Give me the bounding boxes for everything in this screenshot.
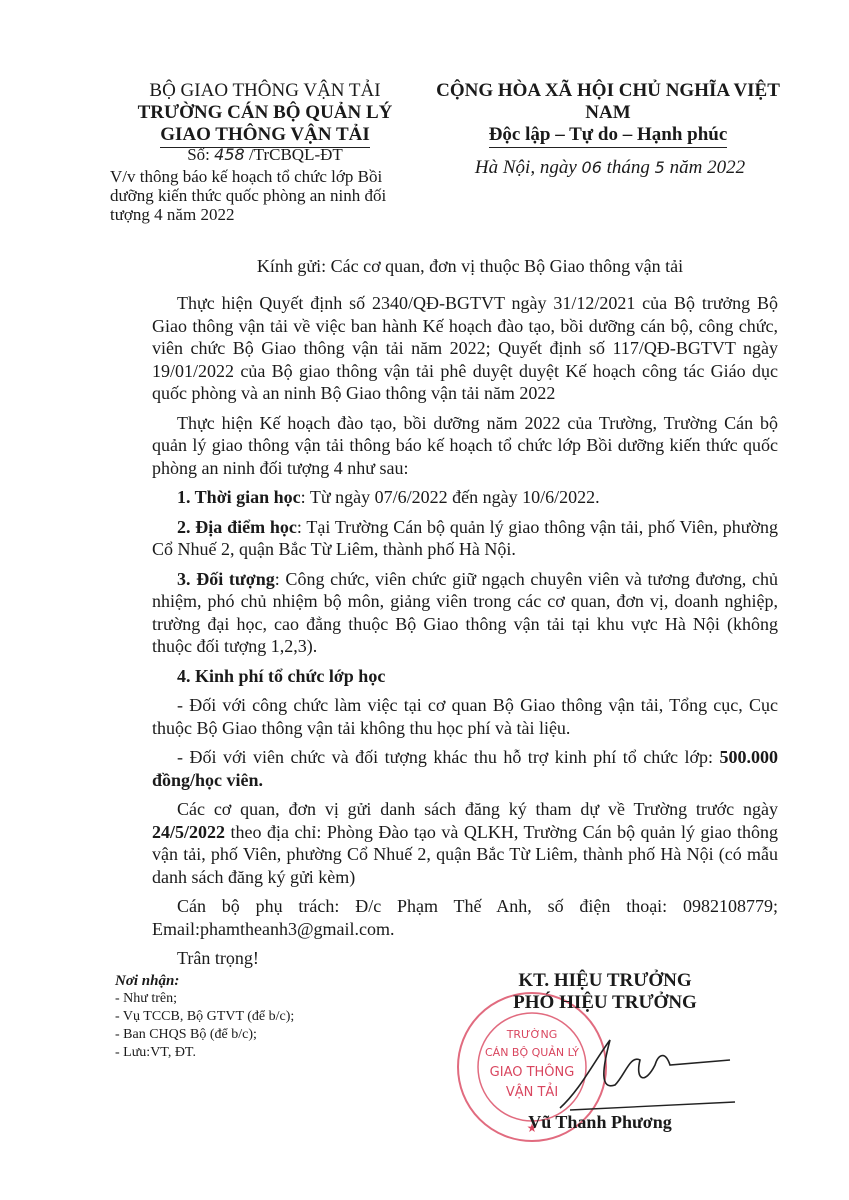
signer-title-2: PHÓ HIỆU TRƯỞNG [490, 992, 720, 1014]
section-label: 1. Thời gian học [177, 487, 301, 507]
section-audience: 3. Đối tượng: Công chức, viên chức giữ n… [152, 568, 778, 658]
reg-address: theo địa chỉ: Phòng Đào tạo và QLKH, Trư… [152, 822, 778, 887]
handwritten-month: 5 [655, 158, 665, 177]
document-body: Thực hiện Quyết định số 2340/QĐ-BGTVT ng… [152, 292, 778, 977]
motto: Độc lập – Tự do – Hạnh phúc [489, 124, 728, 148]
nation-header: CỘNG HÒA XÃ HỘI CHỦ NGHĨA VIỆT NAM Độc l… [428, 80, 788, 148]
fee-text: - Đối với viên chức và đối tượng khác th… [177, 747, 713, 767]
paragraph-intro: Thực hiện Kế hoạch đào tạo, bồi dưỡng nă… [152, 412, 778, 480]
handwritten-number: 458 [214, 145, 245, 164]
number-suffix: /TrCBQL-ĐT [249, 145, 343, 164]
recipients-list: Nơi nhận: - Như trên; - Vụ TCCB, Bộ GTVT… [115, 972, 415, 1062]
issuer-header: BỘ GIAO THÔNG VẬN TẢI TRƯỜNG CÁN BỘ QUẢN… [100, 80, 430, 148]
document-number: Số: 458 /TrCBQL-ĐT [100, 145, 430, 165]
subject-line: V/v thông báo kế hoạch tổ chức lớp Bồi d… [110, 167, 400, 224]
nation-name: CỘNG HÒA XÃ HỘI CHỦ NGHĨA VIỆT NAM [428, 80, 788, 124]
closing: Trân trọng! [152, 947, 778, 970]
contact-paragraph: Cán bộ phụ trách: Đ/c Phạm Thế Anh, số đ… [152, 895, 778, 940]
issue-date: Hà Nội, ngày 06 tháng 5 năm 2022 [445, 157, 775, 179]
recipients-title: Nơi nhận: [115, 972, 415, 990]
section-label: 2. Địa điểm học [177, 517, 297, 537]
recipient-line: Kính gửi: Các cơ quan, đơn vị thuộc Bộ G… [150, 256, 790, 277]
school-name-line1: TRƯỜNG CÁN BỘ QUẢN LÝ [100, 102, 430, 124]
section-location: 2. Địa điểm học: Tại Trường Cán bộ quản … [152, 516, 778, 561]
section-label: 3. Đối tượng [177, 569, 275, 589]
handwritten-day: 06 [582, 158, 602, 177]
fee-others: - Đối với viên chức và đối tượng khác th… [152, 746, 778, 791]
date-prefix: Hà Nội, ngày [475, 157, 577, 178]
month-label: tháng [607, 157, 650, 178]
section-fee-title: 4. Kinh phí tổ chức lớp học [152, 665, 778, 688]
fee-civil-servants: - Đối với công chức làm việc tại cơ quan… [152, 694, 778, 739]
reg-deadline: 24/5/2022 [152, 822, 225, 842]
recipient-item: - Vụ TCCB, Bộ GTVT (để b/c); [115, 1008, 415, 1026]
reg-text: Các cơ quan, đơn vị gửi danh sách đăng k… [177, 799, 778, 819]
signer-name: Vũ Thanh Phương [500, 1112, 700, 1133]
recipient-item: - Lưu:VT, ĐT. [115, 1044, 415, 1062]
registration-paragraph: Các cơ quan, đơn vị gửi danh sách đăng k… [152, 798, 778, 888]
recipient-item: - Ban CHQS Bộ (để b/c); [115, 1026, 415, 1044]
section-time: 1. Thời gian học: Từ ngày 07/6/2022 đến … [152, 486, 778, 509]
paragraph-basis: Thực hiện Quyết định số 2340/QĐ-BGTVT ng… [152, 292, 778, 405]
year-label: năm 2022 [670, 157, 745, 178]
handwritten-signature-icon [540, 1030, 740, 1115]
ministry-name: BỘ GIAO THÔNG VẬN TẢI [100, 80, 430, 102]
number-label: Số: [187, 145, 210, 164]
recipient-item: - Như trên; [115, 990, 415, 1008]
section-text: : Từ ngày 07/6/2022 đến ngày 10/6/2022. [301, 487, 600, 507]
signer-title-1: KT. HIỆU TRƯỞNG [490, 970, 720, 992]
signature-block: KT. HIỆU TRƯỞNG PHÓ HIỆU TRƯỞNG [490, 970, 720, 1014]
